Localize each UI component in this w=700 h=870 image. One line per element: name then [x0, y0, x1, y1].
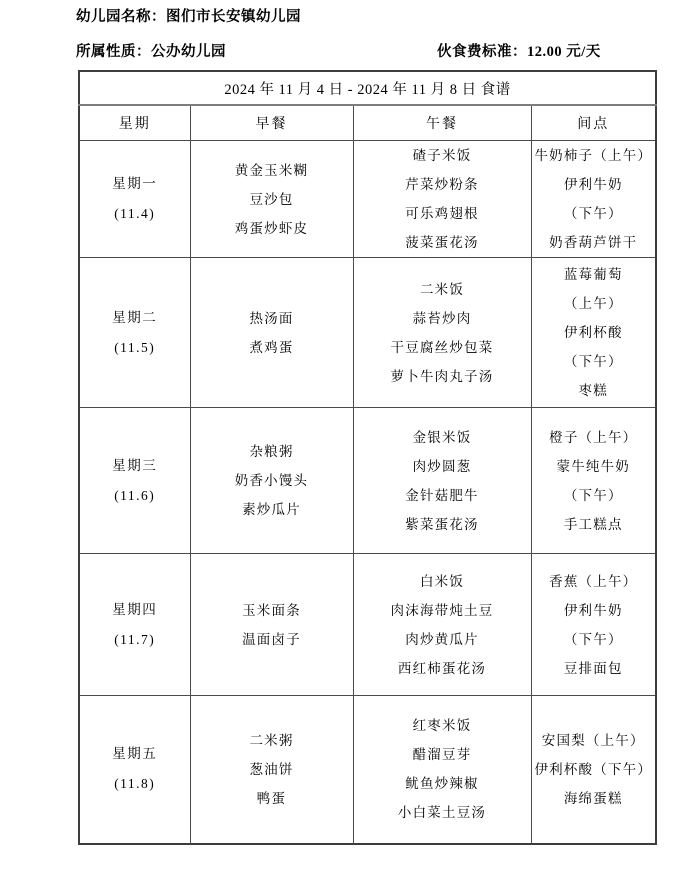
ownership: 所属性质：公办幼儿园 — [76, 44, 226, 60]
menu-table: 2024 年 11 月 4 日 - 2024 年 11 月 8 日 食谱 星期 … — [78, 70, 657, 845]
table-row-wednesday: 星期三 (11.6) 杂粮粥奶香小馒头素炒瓜片 金银米饭肉炒圆葱金针菇肥牛紫菜蛋… — [79, 408, 656, 554]
menu-item: 豆沙包 — [191, 185, 353, 214]
breakfast-cell: 黄金玉米糊豆沙包鸡蛋炒虾皮 — [190, 141, 353, 258]
menu-item: 二米粥 — [191, 726, 353, 755]
menu-item: 红枣米饭 — [354, 711, 531, 740]
menu-item: 菠菜蛋花汤 — [354, 228, 531, 257]
menu-item: （下午） — [532, 625, 656, 654]
menu-item: 干豆腐丝炒包菜 — [354, 333, 531, 362]
breakfast-cell: 二米粥葱油饼鸭蛋 — [190, 696, 353, 844]
menu-item: 肉沫海带炖土豆 — [354, 596, 531, 625]
menu-item: 伊利杯酸 — [532, 318, 656, 347]
table-row-thursday: 星期四 (11.7) 玉米面条温面卤子 白米饭肉沫海带炖土豆肉炒黄瓜片西红柿蛋花… — [79, 554, 656, 696]
date-label: (11.6) — [80, 481, 190, 511]
menu-item: 海绵蛋糕 — [532, 784, 656, 813]
menu-item: 白米饭 — [354, 567, 531, 596]
menu-item: （下午） — [532, 199, 656, 228]
menu-item: 蓝莓葡萄 — [532, 260, 656, 289]
date-label: (11.5) — [80, 333, 190, 363]
table-title-row: 2024 年 11 月 4 日 - 2024 年 11 月 8 日 食谱 — [79, 71, 656, 105]
lunch-cell: 白米饭肉沫海带炖土豆肉炒黄瓜片西红柿蛋花汤 — [353, 554, 531, 696]
weekday-label: 星期一 — [80, 169, 190, 199]
menu-item: 紫菜蛋花汤 — [354, 510, 531, 539]
menu-item: 黄金玉米糊 — [191, 156, 353, 185]
snack-cell: 安国梨（上午）伊利杯酸（下午）海绵蛋糕 — [531, 696, 656, 844]
ownership-value: 公办幼儿园 — [151, 44, 226, 60]
table-row-monday: 星期一 (11.4) 黄金玉米糊豆沙包鸡蛋炒虾皮 碴子米饭芹菜炒粉条可乐鸡翅根菠… — [79, 141, 656, 258]
table-header-row: 星期 早餐 午餐 间点 — [79, 105, 656, 141]
menu-item: 伊利牛奶 — [532, 170, 656, 199]
menu-item: （下午） — [532, 347, 656, 376]
date-label: (11.4) — [80, 199, 190, 229]
table-row-friday: 星期五 (11.8) 二米粥葱油饼鸭蛋 红枣米饭醋溜豆芽鱿鱼炒辣椒小白菜土豆汤 … — [79, 696, 656, 844]
document-header: 幼儿园名称：图们市长安镇幼儿园 所属性质：公办幼儿园 伙食费标准：12.00 元… — [76, 8, 656, 62]
menu-item: 枣糕 — [532, 376, 656, 405]
meal-fee-unit: 元/天 — [566, 44, 601, 60]
menu-item: 肉炒圆葱 — [354, 452, 531, 481]
lunch-cell: 二米饭蒜苔炒肉干豆腐丝炒包菜萝卜牛肉丸子汤 — [353, 258, 531, 408]
col-header-lunch: 午餐 — [353, 105, 531, 141]
weekday-label: 星期五 — [80, 739, 190, 769]
menu-item: 香蕉（上午） — [532, 567, 656, 596]
menu-item: 橙子（上午） — [532, 423, 656, 452]
menu-item: 热汤面 — [191, 304, 353, 333]
document-page: 幼儿园名称：图们市长安镇幼儿园 所属性质：公办幼儿园 伙食费标准：12.00 元… — [0, 0, 700, 870]
weekday-label: 星期三 — [80, 451, 190, 481]
weekday-label: 星期四 — [80, 595, 190, 625]
meal-fee-value: 12.00 — [527, 44, 562, 60]
weekday-label: 星期二 — [80, 303, 190, 333]
snack-cell: 蓝莓葡萄（上午）伊利杯酸（下午）枣糕 — [531, 258, 656, 408]
menu-item: 杂粮粥 — [191, 437, 353, 466]
menu-item: 小白菜土豆汤 — [354, 798, 531, 827]
menu-item: 煮鸡蛋 — [191, 333, 353, 362]
menu-item: 安国梨（上午） — [532, 726, 656, 755]
breakfast-cell: 杂粮粥奶香小馒头素炒瓜片 — [190, 408, 353, 554]
date-label: (11.7) — [80, 625, 190, 655]
weekday-cell: 星期一 (11.4) — [79, 141, 190, 258]
menu-item: （下午） — [532, 481, 656, 510]
menu-item: 鱿鱼炒辣椒 — [354, 769, 531, 798]
menu-item: 伊利牛奶 — [532, 596, 656, 625]
menu-item: 蒙牛纯牛奶 — [532, 452, 656, 481]
snack-cell: 牛奶柿子（上午）伊利牛奶（下午）奶香葫芦饼干 — [531, 141, 656, 258]
menu-item: 醋溜豆芽 — [354, 740, 531, 769]
menu-item: 奶香小馒头 — [191, 466, 353, 495]
menu-item: 玉米面条 — [191, 596, 353, 625]
col-header-snack: 间点 — [531, 105, 656, 141]
weekday-cell: 星期五 (11.8) — [79, 696, 190, 844]
kindergarten-name-line: 幼儿园名称：图们市长安镇幼儿园 — [76, 8, 656, 27]
lunch-cell: 红枣米饭醋溜豆芽鱿鱼炒辣椒小白菜土豆汤 — [353, 696, 531, 844]
menu-item: 手工糕点 — [532, 510, 656, 539]
table-row-tuesday: 星期二 (11.5) 热汤面煮鸡蛋 二米饭蒜苔炒肉干豆腐丝炒包菜萝卜牛肉丸子汤 … — [79, 258, 656, 408]
menu-item: 金银米饭 — [354, 423, 531, 452]
menu-item: 葱油饼 — [191, 755, 353, 784]
menu-item: 碴子米饭 — [354, 141, 531, 170]
menu-item: 蒜苔炒肉 — [354, 304, 531, 333]
menu-item: 鸡蛋炒虾皮 — [191, 214, 353, 243]
kindergarten-name-value: 图们市长安镇幼儿园 — [166, 9, 301, 25]
lunch-cell: 碴子米饭芹菜炒粉条可乐鸡翅根菠菜蛋花汤 — [353, 141, 531, 258]
table-title: 2024 年 11 月 4 日 - 2024 年 11 月 8 日 食谱 — [79, 71, 656, 105]
menu-item: 奶香葫芦饼干 — [532, 228, 656, 257]
menu-item: 豆排面包 — [532, 654, 656, 683]
meal-fee-label: 伙食费标准： — [437, 44, 527, 60]
menu-item: 素炒瓜片 — [191, 495, 353, 524]
menu-item: 牛奶柿子（上午） — [532, 141, 656, 170]
col-header-weekday: 星期 — [79, 105, 190, 141]
menu-item: 伊利杯酸（下午） — [532, 755, 656, 784]
menu-item: 可乐鸡翅根 — [354, 199, 531, 228]
weekday-cell: 星期三 (11.6) — [79, 408, 190, 554]
breakfast-cell: 热汤面煮鸡蛋 — [190, 258, 353, 408]
menu-item: 金针菇肥牛 — [354, 481, 531, 510]
kindergarten-name-label: 幼儿园名称： — [76, 9, 166, 25]
menu-item: 温面卤子 — [191, 625, 353, 654]
ownership-label: 所属性质： — [76, 44, 151, 60]
menu-item: 鸭蛋 — [191, 784, 353, 813]
menu-item: （上午） — [532, 289, 656, 318]
date-label: (11.8) — [80, 769, 190, 799]
menu-item: 萝卜牛肉丸子汤 — [354, 362, 531, 391]
menu-item: 肉炒黄瓜片 — [354, 625, 531, 654]
menu-item: 西红柿蛋花汤 — [354, 654, 531, 683]
meal-fee: 伙食费标准：12.00 元/天 — [437, 43, 601, 62]
breakfast-cell: 玉米面条温面卤子 — [190, 554, 353, 696]
menu-item: 二米饭 — [354, 275, 531, 304]
weekday-cell: 星期二 (11.5) — [79, 258, 190, 408]
col-header-breakfast: 早餐 — [190, 105, 353, 141]
snack-cell: 橙子（上午）蒙牛纯牛奶（下午）手工糕点 — [531, 408, 656, 554]
lunch-cell: 金银米饭肉炒圆葱金针菇肥牛紫菜蛋花汤 — [353, 408, 531, 554]
snack-cell: 香蕉（上午）伊利牛奶（下午）豆排面包 — [531, 554, 656, 696]
weekday-cell: 星期四 (11.7) — [79, 554, 190, 696]
menu-item: 芹菜炒粉条 — [354, 170, 531, 199]
ownership-fee-line: 所属性质：公办幼儿园 伙食费标准：12.00 元/天 — [76, 43, 656, 62]
